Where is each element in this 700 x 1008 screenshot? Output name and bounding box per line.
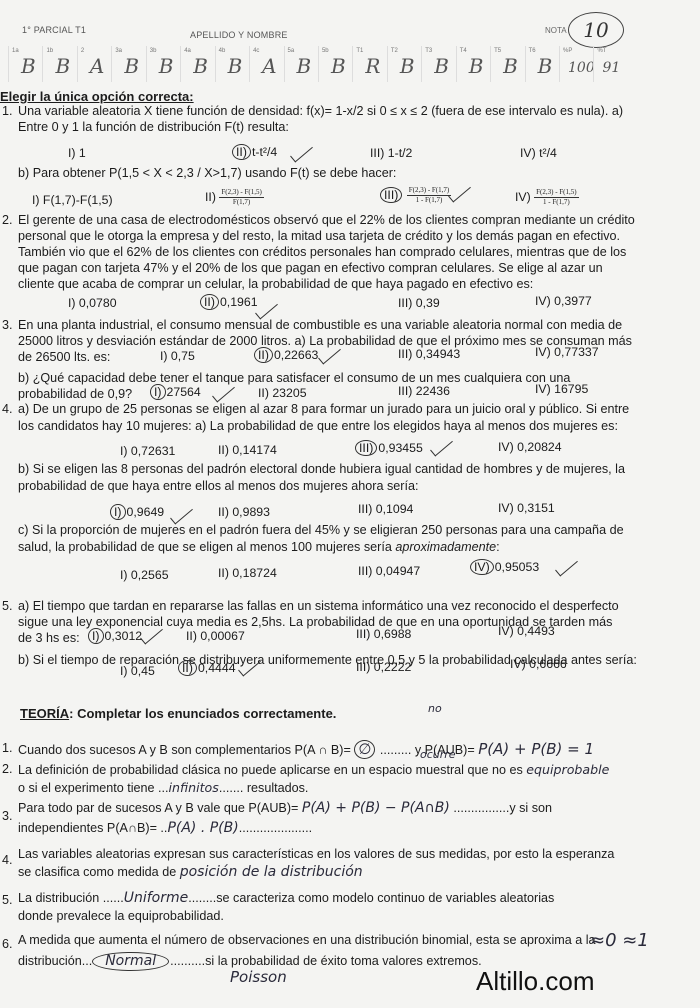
score-cell-mark: 91 xyxy=(602,60,620,76)
t4-answer[interactable]: posición de la distribución xyxy=(180,864,363,880)
score-cell-mark: B xyxy=(331,54,346,78)
grade-label: NOTA xyxy=(545,26,567,35)
q4c-option-1[interactable]: I) 0,2565 xyxy=(120,568,169,582)
q2-line5: cliente que acaba de comprar un celular,… xyxy=(18,276,533,293)
q3a-option-1[interactable]: I) 0,75 xyxy=(160,349,195,363)
score-cell-label: 4a xyxy=(184,48,191,54)
t6-note-right: ≈0 ≈1 xyxy=(590,930,649,951)
t2-answer1[interactable]: equiprobable xyxy=(526,762,609,777)
score-cell: T5B xyxy=(490,46,524,82)
t4-number: 4. xyxy=(2,852,13,869)
score-cell-label: 4b xyxy=(219,48,226,54)
q3b-option-2[interactable]: II) 23205 xyxy=(258,386,307,400)
score-cell-label: 5a xyxy=(288,48,295,54)
q1b-option-1[interactable]: I) F(1,7)-F(1,5) xyxy=(32,193,113,207)
exam-page: 1° PARCIAL T1 APELLIDO Y NOMBRE NOTA 10 … xyxy=(0,0,700,1008)
score-cell: 4aB xyxy=(180,46,214,82)
score-cell: T3B xyxy=(421,46,455,82)
q4a-option-4[interactable]: IV) 0,20824 xyxy=(498,440,562,454)
score-cell-mark: A xyxy=(90,54,104,78)
score-cell-label: T6 xyxy=(529,48,536,54)
score-cell-mark: B xyxy=(193,54,208,78)
q1a-option-1[interactable]: I) 1 xyxy=(68,146,86,160)
q4c-line2: salud, la probabilidad de que se eligen … xyxy=(18,539,500,556)
t4-line2: se clasifica como medida de posición de … xyxy=(18,864,363,881)
t6-number: 6. xyxy=(2,936,13,953)
score-cell-label: 5b xyxy=(322,48,329,54)
score-cell-label: 4c xyxy=(253,48,259,54)
score-cell-label: 1b xyxy=(46,48,53,54)
q2-line2: personal que le otorga la empresa y del … xyxy=(18,228,620,245)
t5-number: 5. xyxy=(2,892,13,909)
q5a-option-4[interactable]: IV) 0,4493 xyxy=(498,624,555,638)
q5b-option-1[interactable]: I) 0,45 xyxy=(120,664,155,678)
q4b-line1: b) Si se eligen las 8 personas del padró… xyxy=(18,461,625,478)
q5b-option-4[interactable]: IV) 0,6666 xyxy=(510,657,567,671)
q4c-option-2[interactable]: II) 0,18724 xyxy=(218,566,277,580)
q4b-option-4[interactable]: IV) 0,3151 xyxy=(498,501,555,515)
score-cell: 1bB xyxy=(42,46,76,82)
score-cell-mark: B xyxy=(21,54,36,78)
check-mark-icon xyxy=(430,436,453,457)
score-cell-label: %P xyxy=(563,48,572,54)
score-cell: 3bB xyxy=(146,46,180,82)
t2-answer2[interactable]: infinitos xyxy=(169,780,219,795)
t5-text: La distribución ......Uniforme........se… xyxy=(18,890,554,907)
name-label: APELLIDO Y NOMBRE xyxy=(190,30,288,40)
q1-text-line2: Entre 0 y 1 la función de distribución F… xyxy=(18,119,289,136)
score-cell-mark: R xyxy=(365,54,380,78)
watermark: Altillo.com xyxy=(476,966,594,997)
t3-text: Para todo par de sucesos A y B vale que … xyxy=(18,800,552,817)
q5-number: 5. xyxy=(2,598,13,615)
q2-option-3[interactable]: III) 0,39 xyxy=(398,296,440,310)
exam-title: 1° PARCIAL T1 xyxy=(22,25,86,35)
q1b-option-3-selected[interactable]: III) F(2,3) - F(1,7)1 - F(1,7) xyxy=(380,186,451,205)
q3a-option-2-selected[interactable]: II)0,22663 xyxy=(254,347,318,363)
section1-title: Elegir la única opción correcta: xyxy=(0,89,194,104)
q4b-option-1-selected[interactable]: I)0,9649 xyxy=(110,504,164,520)
score-cell-mark: B xyxy=(538,54,553,78)
score-cell: 3aB xyxy=(111,46,145,82)
q4a-option-3-selected[interactable]: III)0,93455 xyxy=(355,440,423,456)
q4a-option-2[interactable]: II) 0,14174 xyxy=(218,443,277,457)
score-cell-mark: B xyxy=(124,54,139,78)
check-mark-icon xyxy=(290,142,313,163)
score-cell-mark: 100 xyxy=(568,60,595,76)
t2-line2: o si el experimento tiene ...infinitos..… xyxy=(18,779,308,797)
score-cell-mark: B xyxy=(434,54,449,78)
score-cell-label: 2 xyxy=(81,48,84,54)
t3-answer2[interactable]: P(A) . P(B) xyxy=(167,820,238,836)
q2-number: 2. xyxy=(2,212,13,229)
q1-number: 1. xyxy=(2,103,13,120)
score-cell-mark: B xyxy=(228,54,243,78)
q4c-line1: c) Si la proporción de mujeres en el pad… xyxy=(18,522,624,539)
t1-note-bottom: ocurre xyxy=(420,748,456,761)
score-cell: T6B xyxy=(525,46,559,82)
q3b-line1: b) ¿Qué capacidad debe tener el tanque p… xyxy=(18,370,570,387)
q5b-option-2-selected[interactable]: II)0,4444 xyxy=(178,660,236,676)
check-mark-icon xyxy=(448,182,471,203)
score-cell-mark: B xyxy=(400,54,415,78)
q2-option-4[interactable]: IV) 0,3977 xyxy=(535,294,592,308)
t5-answer: Uniforme xyxy=(124,890,189,906)
score-cell: %P100 xyxy=(559,46,593,82)
score-cell: 5bB xyxy=(318,46,352,82)
score-cell: T2B xyxy=(387,46,421,82)
q1-text-line1: Una variable aleatoria X tiene función d… xyxy=(18,103,623,120)
t1-answer1[interactable]: ∅ xyxy=(354,740,375,759)
score-cell: 4bB xyxy=(215,46,249,82)
score-cell: T1R xyxy=(352,46,386,82)
score-cell-label: 3b xyxy=(150,48,157,54)
q5a-line3: de 3 hs es: xyxy=(18,630,80,647)
t3-number: 3. xyxy=(2,808,13,825)
q4b-line2: probabilidad de que haya entre ellos al … xyxy=(18,478,418,495)
q3b-option-3[interactable]: III) 22436 xyxy=(398,384,450,398)
score-cell-label: T4 xyxy=(460,48,467,54)
q2-line1: El gerente de una casa de electrodomésti… xyxy=(18,212,635,229)
q5a-option-3[interactable]: III) 0,6988 xyxy=(356,627,411,641)
t6-text: A medida que aumenta el número de observ… xyxy=(18,932,596,949)
score-cell-mark: B xyxy=(159,54,174,78)
q4c-option-3[interactable]: III) 0,04947 xyxy=(358,564,420,578)
t2-text: La definición de probabilidad clásica no… xyxy=(18,761,609,779)
q4-number: 4. xyxy=(2,401,13,418)
q2-option-1[interactable]: I) 0,0780 xyxy=(68,296,117,310)
q3-number: 3. xyxy=(2,317,13,334)
q5a-option-1-selected[interactable]: I)0,3012 xyxy=(88,628,142,644)
score-cell-label: %T xyxy=(597,48,606,54)
q2-line4: que pagan con tarjeta 47% y el 20% de lo… xyxy=(18,260,603,277)
score-cell-mark: B xyxy=(55,54,70,78)
q1a-option-3[interactable]: III) 1-t/2 xyxy=(370,146,412,160)
q1a-option-4[interactable]: IV) t²/4 xyxy=(520,146,557,160)
score-cell-label: T3 xyxy=(425,48,432,54)
check-mark-icon xyxy=(555,556,578,577)
score-cell-label: T5 xyxy=(494,48,501,54)
q4a-line2: los candidatos hay 10 mujeres: a) La pro… xyxy=(18,418,618,435)
q3-line3: de 26500 lts. es: xyxy=(18,349,110,366)
section2-title: TEORÍA: Completar los enunciados correct… xyxy=(20,706,336,721)
score-cell-label: 1a xyxy=(12,48,19,54)
score-cell: %T91 xyxy=(593,46,627,82)
t3-answer1[interactable]: P(A) + P(B) − P(A∩B) xyxy=(302,800,450,816)
score-grid: 1aB1bB2A3aB3bB4aB4bB4cA5aB5bBT1RT2BT3BT4… xyxy=(8,46,628,84)
t1-number: 1. xyxy=(2,740,13,757)
q4c-option-4-selected[interactable]: IV)0,95053 xyxy=(470,559,539,575)
q4b-option-2[interactable]: II) 0,9893 xyxy=(218,505,270,519)
t1-answer2[interactable]: P(A) + P(B) = 1 xyxy=(478,740,594,758)
q3b-option-1-selected[interactable]: I)27564 xyxy=(150,384,201,400)
q4b-option-3[interactable]: III) 0,1094 xyxy=(358,502,413,516)
t5-line2: donde prevalece la equiprobabilidad. xyxy=(18,908,224,925)
score-cell-mark: B xyxy=(503,54,518,78)
t6-answer[interactable]: Normal xyxy=(92,952,169,971)
q3a-option-4[interactable]: IV) 0,77337 xyxy=(535,345,599,359)
q1b-text: b) Para obtener P(1,5 < X < 2,3 / X>1,7)… xyxy=(18,165,396,182)
q3-line1: En una planta industrial, el consumo men… xyxy=(18,317,622,334)
t2-number: 2. xyxy=(2,761,13,778)
score-cell-label: 3a xyxy=(115,48,122,54)
q2-line3: También vio que el 62% de los clientes c… xyxy=(18,244,626,261)
score-cell: 5aB xyxy=(284,46,318,82)
score-cell-label: T1 xyxy=(356,48,363,54)
q4a-option-1[interactable]: I) 0,72631 xyxy=(120,444,175,458)
q1b-option-4[interactable]: IV) F(2,3) - F(1,5)1 - F(1,7) xyxy=(515,188,579,207)
score-cell-mark: B xyxy=(469,54,484,78)
t1-text: Cuando dos sucesos A y B son complementa… xyxy=(18,740,594,759)
q1b-option-2[interactable]: II) F(2,3) - F(1,5)F(1,7) xyxy=(205,188,264,207)
t3-line2: independientes P(A∩B)= ..P(A) . P(B)....… xyxy=(18,820,312,837)
q1a-option-2-selected[interactable]: II)t-t²/4 xyxy=(232,144,277,160)
score-cell-mark: B xyxy=(297,54,312,78)
q4a-line1: a) De un grupo de 25 personas se eligen … xyxy=(18,401,629,418)
grade-value: 10 xyxy=(568,12,624,48)
q3b-option-4[interactable]: IV) 16795 xyxy=(535,382,588,396)
q3a-option-3[interactable]: III) 0,34943 xyxy=(398,347,460,361)
q5b-option-3[interactable]: III) 0,2222 xyxy=(356,660,411,674)
score-cell: 1aB xyxy=(8,46,42,82)
score-cell: 2A xyxy=(77,46,111,82)
score-cell-label: T2 xyxy=(391,48,398,54)
q5a-line1: a) El tiempo que tardan en repararse las… xyxy=(18,598,619,615)
q2-option-2-selected[interactable]: II)0,1961 xyxy=(200,294,258,310)
score-cell-mark: A xyxy=(262,54,276,78)
t6-note-below: Poisson xyxy=(230,968,287,986)
q5a-option-2[interactable]: II) 0,00067 xyxy=(186,629,245,643)
score-cell: T4B xyxy=(456,46,490,82)
score-cell: 4cA xyxy=(249,46,283,82)
t1-note-top: no xyxy=(428,702,442,715)
t4-text: Las variables aleatorias expresan sus ca… xyxy=(18,846,614,863)
